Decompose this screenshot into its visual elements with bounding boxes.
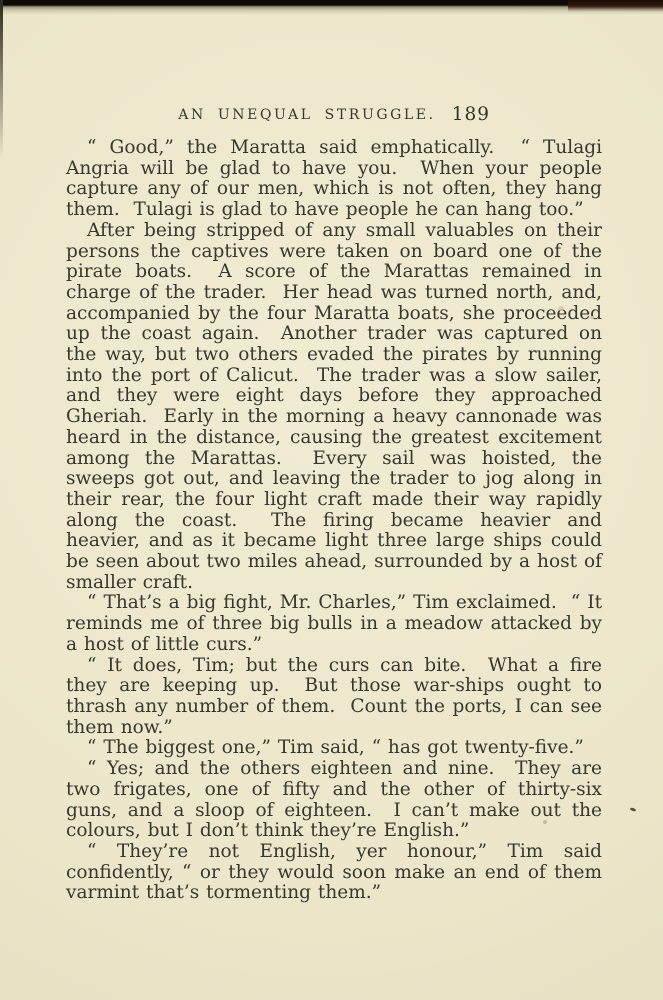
body-text-block: “ Good,” the Maratta said emphatically. … <box>66 138 602 904</box>
scan-edge-top-shadow <box>0 0 663 16</box>
scan-edge-top-right-shadow <box>568 0 663 12</box>
paragraph: “ It does, Tim; but the curs can bite. W… <box>66 656 602 739</box>
paragraph: After being stripped of any small valuab… <box>66 221 602 594</box>
paragraph: “ They’re not English, yer honour,” Tim … <box>66 842 602 904</box>
page-number: 189 <box>452 104 490 125</box>
scanned-book-page: AN UNEQUAL STRUGGLE. 189 “ Good,” the Ma… <box>0 0 663 1000</box>
paragraph: “ Good,” the Maratta said emphatically. … <box>66 138 602 221</box>
paragraph: “ The biggest one,” Tim said, “ has got … <box>66 738 602 759</box>
running-header: AN UNEQUAL STRUGGLE. 189 <box>66 107 602 131</box>
paper-speck <box>630 807 637 812</box>
paragraph: “ Yes; and the others eighteen and nine.… <box>66 759 602 842</box>
scan-edge-left-shadow <box>0 0 3 160</box>
paragraph: “ That’s a big fight, Mr. Charles,” Tim … <box>66 593 602 655</box>
